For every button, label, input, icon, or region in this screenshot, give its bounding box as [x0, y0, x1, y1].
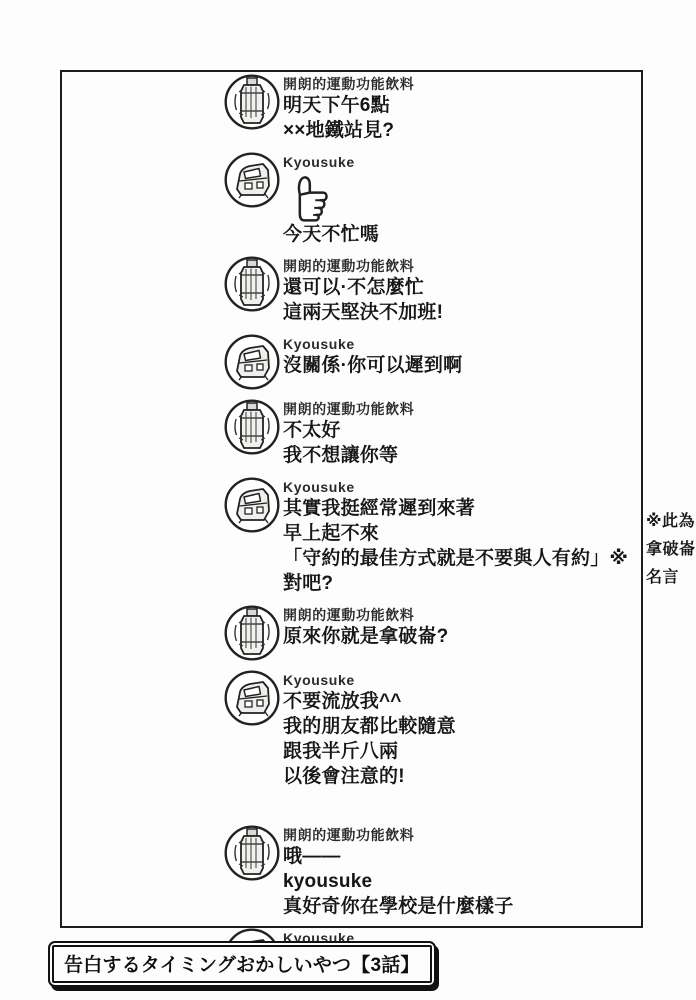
sender-name: 開朗的運動功能飲料	[283, 826, 513, 844]
sender-name: 開朗的運動功能飲料	[283, 606, 448, 624]
train-avatar-icon	[224, 477, 280, 533]
message-lines: 其實我挺經常遲到來著早上起不來「守約的最佳方式就是不要與人有約」※對吧?	[283, 496, 628, 596]
chapter-title-box: 告白するタイミングおかしいやつ【3話】	[48, 941, 436, 987]
message-line: 我的朋友都比較隨意	[283, 714, 456, 739]
translator-note-line: 拿破崙	[646, 536, 696, 564]
message-line: 早上起不來	[283, 521, 628, 546]
message-line: 不要流放我^^	[283, 689, 456, 714]
message-line: 跟我半斤八兩	[283, 739, 456, 764]
message-lines: 沒關係·你可以遲到啊	[283, 353, 462, 378]
chat-panel: 開朗的運動功能飲料 明天下午6點××地鐵站見?	[60, 70, 643, 928]
message-line: 對吧?	[283, 571, 628, 596]
message-line: 還可以·不怎麼忙	[283, 275, 443, 300]
message-line: kyousuke	[283, 869, 513, 894]
sports-drink-avatar-icon	[224, 74, 280, 130]
message-line: 原來你就是拿破崙?	[283, 624, 448, 649]
translator-note: ※此為 拿破崙 名言	[646, 508, 696, 592]
message-lines: 原來你就是拿破崙?	[283, 624, 448, 649]
chat-log: 開朗的運動功能飲料 明天下午6點××地鐵站見?	[224, 74, 629, 984]
chat-message-group: Kyousuke 沒關係·你可以遲到啊	[224, 334, 629, 390]
chapter-title: 告白するタイミングおかしいやつ【3話】	[52, 945, 432, 983]
message-lines: 還可以·不怎麼忙這兩天堅決不加班!	[283, 275, 443, 325]
train-avatar-icon	[224, 152, 280, 208]
sports-drink-avatar-icon	[224, 825, 280, 881]
message-lines: 不要流放我^^我的朋友都比較隨意跟我半斤八兩以後會注意的!	[283, 689, 456, 789]
message-line: 不太好	[283, 418, 414, 443]
message-line: 哦——	[283, 844, 513, 869]
message-line: 以後會注意的!	[283, 764, 456, 789]
sender-name: Kyousuke	[283, 671, 456, 689]
message-line: 這兩天堅決不加班!	[283, 300, 443, 325]
sender-name: Kyousuke	[283, 153, 379, 171]
chat-message-group: Kyousuke 不要流放我^^我的朋友都比較隨意跟我半斤八兩以後會注意的!	[224, 670, 629, 789]
train-avatar-icon	[224, 670, 280, 726]
sender-name: 開朗的運動功能飲料	[283, 75, 414, 93]
sender-name: 開朗的運動功能飲料	[283, 257, 443, 275]
message-lines: 明天下午6點××地鐵站見?	[283, 93, 414, 143]
chat-message-group: Kyousuke 今天不忙嗎	[224, 152, 629, 247]
sports-drink-avatar-icon	[224, 256, 280, 312]
manga-page: 開朗的運動功能飲料 明天下午6點××地鐵站見?	[0, 0, 696, 1000]
message-line: 真好奇你在學校是什麼樣子	[283, 894, 513, 919]
sender-name: 開朗的運動功能飲料	[283, 400, 414, 418]
message-line: 沒關係·你可以遲到啊	[283, 353, 462, 378]
message-line: ××地鐵站見?	[283, 118, 414, 143]
chat-message-group: 開朗的運動功能飲料 明天下午6點××地鐵站見?	[224, 74, 629, 143]
sports-drink-avatar-icon	[224, 605, 280, 661]
message-line: 明天下午6點	[283, 93, 414, 118]
sender-name: Kyousuke	[283, 335, 462, 353]
thumbs-up-icon	[285, 172, 339, 222]
translator-note-line: ※此為	[646, 508, 696, 536]
chat-message-group: 開朗的運動功能飲料 哦——kyousuke真好奇你在學校是什麼樣子	[224, 825, 629, 919]
message-lines: 今天不忙嗎	[283, 222, 379, 247]
message-line: 今天不忙嗎	[283, 222, 379, 247]
train-avatar-icon	[224, 334, 280, 390]
message-lines: 哦——kyousuke真好奇你在學校是什麼樣子	[283, 844, 513, 919]
chat-message-group: Kyousuke 其實我挺經常遲到來著早上起不來「守約的最佳方式就是不要與人有約…	[224, 477, 629, 596]
chat-message-group: 開朗的運動功能飲料 還可以·不怎麼忙這兩天堅決不加班!	[224, 256, 629, 325]
translator-note-line: 名言	[646, 564, 696, 592]
chat-message-group: 開朗的運動功能飲料 不太好我不想讓你等	[224, 399, 629, 468]
chat-message-group: 開朗的運動功能飲料 原來你就是拿破崙?	[224, 605, 629, 661]
message-line: 「守約的最佳方式就是不要與人有約」※	[283, 546, 628, 571]
sports-drink-avatar-icon	[224, 399, 280, 455]
message-line: 其實我挺經常遲到來著	[283, 496, 628, 521]
sender-name: Kyousuke	[283, 478, 628, 496]
message-lines: 不太好我不想讓你等	[283, 418, 414, 468]
message-line: 我不想讓你等	[283, 443, 414, 468]
